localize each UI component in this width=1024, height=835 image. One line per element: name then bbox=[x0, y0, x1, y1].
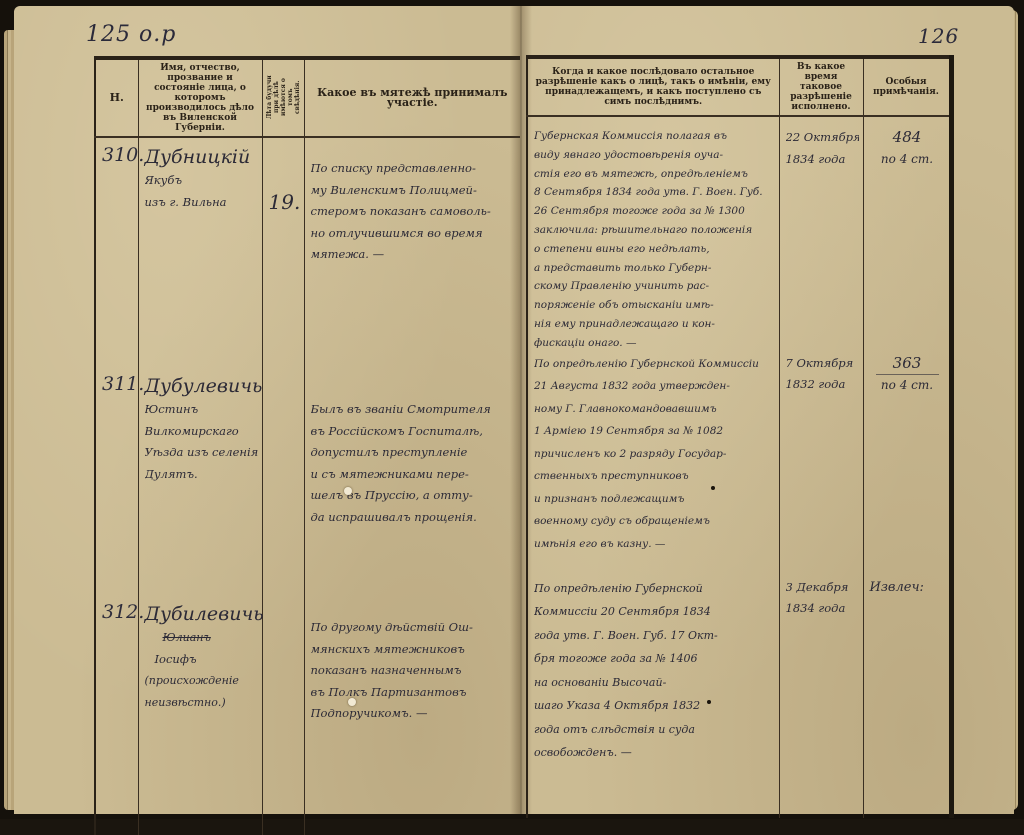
note-number: 484 bbox=[870, 127, 945, 149]
name-line: Іосифъ bbox=[145, 649, 258, 671]
ledger-row-312-resolution: По опредѣленію Губернской Коммиссіи 20 С… bbox=[527, 563, 951, 818]
text-line: 1 Арміею 19 Сентября за № 1082 bbox=[534, 420, 775, 443]
entry-notes: Извлеч: bbox=[863, 563, 951, 818]
header-executed: Въ какое время таковое разрѣшеніе исполн… bbox=[779, 57, 863, 116]
text-line: фискаціи онаго. — bbox=[534, 334, 775, 353]
entry-age: 19. bbox=[262, 137, 304, 367]
date-line: 1834 года bbox=[786, 598, 859, 620]
text-line: мятежа. — bbox=[311, 244, 517, 266]
ledger-row-310-resolution: Губернская Коммиссія полагая въ виду явн… bbox=[527, 116, 951, 353]
entry-notes: 484 по 4 ст. bbox=[863, 116, 951, 353]
right-folio-number: 126 bbox=[918, 24, 959, 48]
text-line: мянскихъ мятежниковъ bbox=[311, 639, 517, 661]
text-line: шаго Указа 4 Октября 1832 bbox=[534, 694, 775, 718]
text-line: года утв. Г. Воен. Губ. 17 Окт- bbox=[534, 624, 775, 648]
text-line: ственныхъ преступниковъ bbox=[534, 465, 775, 488]
date-line: 1832 года bbox=[786, 374, 859, 396]
text-line: показанъ назначеннымъ bbox=[311, 660, 517, 682]
entry-notes: 363 по 4 ст. bbox=[863, 353, 951, 563]
note-sub: по 4 ст. bbox=[876, 374, 939, 397]
entry-participation: Былъ въ званіи Смотрителя въ Россійскомъ… bbox=[304, 367, 520, 595]
text-line: но отлучившимся во время bbox=[311, 223, 517, 245]
entry-number: 310. bbox=[95, 137, 138, 367]
surname: Дубницкій bbox=[145, 144, 258, 170]
ledger-row-310: 310. Дубницкій Якубъ изъ г. Вильна 19. П… bbox=[95, 137, 520, 367]
name-line: (происхожденіе bbox=[145, 670, 258, 692]
text-line: Губернская Коммиссія полагая въ bbox=[534, 127, 775, 146]
book-spread: 125 о.р 126 Н. Имя, отчество, прозвание … bbox=[0, 0, 1024, 819]
left-header-row: Н. Имя, отчество, прозвание и состояніе … bbox=[95, 58, 520, 137]
header-resolution: Когда и какое послѣдовало остальное разр… bbox=[527, 57, 779, 116]
text-line: года отъ слѣдствія и суда bbox=[534, 718, 775, 742]
ledger-row-312: 312. Дубилевичь Юлианъ Іосифъ (происхожд… bbox=[95, 595, 520, 819]
text-line: о степени вины его недѣлать, bbox=[534, 240, 775, 259]
header-name: Имя, отчество, прозвание и состояніе лиц… bbox=[138, 58, 262, 137]
struck-name-line: Юлианъ bbox=[145, 627, 258, 649]
text-line: стія его въ мятежѣ, опредѣленіемъ bbox=[534, 165, 775, 184]
binding-hole bbox=[344, 487, 352, 495]
text-line: на основаніи Высочай- bbox=[534, 671, 775, 695]
text-line: По опредѣленію Губернской Коммиссіи bbox=[534, 353, 775, 376]
text-line: а представить только Губерн- bbox=[534, 259, 775, 278]
name-line: Якубъ bbox=[145, 170, 258, 192]
entry-name: Дубилевичь Юлианъ Іосифъ (происхожденіе … bbox=[138, 595, 262, 819]
entry-participation: По списку представленно- му Виленскимъ П… bbox=[304, 137, 520, 367]
entry-number: 312. bbox=[95, 595, 138, 819]
text-line: освобожденъ. — bbox=[534, 741, 775, 765]
text-line: По другому дѣйствій Ош- bbox=[311, 617, 517, 639]
text-line: Коммиссіи 20 Сентября 1834 bbox=[534, 600, 775, 624]
text-line: виду явнаго удостовѣренія оуча- bbox=[534, 146, 775, 165]
date-line: 1834 года bbox=[786, 149, 859, 171]
text-line: въ Полкъ Партизантовъ bbox=[311, 682, 517, 704]
note-number: 363 bbox=[870, 353, 945, 375]
right-header-row: Когда и какое послѣдовало остальное разр… bbox=[527, 57, 951, 116]
entry-name: Дубулевичь Юстинъ Вилкомирскаго Уѣзда из… bbox=[138, 367, 262, 595]
date-line: 3 Декабря bbox=[786, 577, 859, 599]
text-line: военному суду съ обращеніемъ bbox=[534, 510, 775, 533]
surname: Дубулевичь bbox=[145, 373, 258, 399]
text-line: ному Г. Главнокомандовавшимъ bbox=[534, 398, 775, 421]
ledger-row-311-resolution: По опредѣленію Губернской Коммиссіи 21 А… bbox=[527, 353, 951, 563]
name-line: Уѣзда изъ селенія bbox=[145, 442, 258, 464]
text-line: шелъ въ Пруссію, а отту- bbox=[311, 485, 517, 507]
text-line: и съ мятежниками пере- bbox=[311, 464, 517, 486]
name-line: изъ г. Вильна bbox=[145, 192, 258, 214]
note-number: Извлеч: bbox=[870, 577, 945, 599]
date-line: 7 Октября bbox=[786, 353, 859, 375]
text-line: 8 Сентября 1834 года утв. Г. Воен. Губ. bbox=[534, 183, 775, 202]
text-line: По списку представленно- bbox=[311, 158, 517, 180]
ink-stain bbox=[711, 486, 715, 490]
binding-hole bbox=[348, 698, 356, 706]
text-line: Подпоручикомъ. — bbox=[311, 703, 517, 725]
entry-executed-date: 3 Декабря 1834 года bbox=[779, 563, 863, 818]
entry-number: 311. bbox=[95, 367, 138, 595]
name-line: Вилкомирскаго bbox=[145, 421, 258, 443]
name-line: Юстинъ bbox=[145, 399, 258, 421]
date-line: 22 Октября bbox=[786, 127, 859, 149]
text-line: поряженіе объ отысканіи имѣ- bbox=[534, 296, 775, 315]
text-line: бря тогоже года за № 1406 bbox=[534, 647, 775, 671]
text-line: скому Правленію учинить рас- bbox=[534, 277, 775, 296]
header-notes: Особыя примѣчанія. bbox=[863, 57, 951, 116]
text-line: заключила: рѣшительнаго положенія bbox=[534, 221, 775, 240]
entry-resolution: Губернская Коммиссія полагая въ виду явн… bbox=[527, 116, 779, 353]
header-participation: Какое въ мятежѣ принималъ участіе. bbox=[304, 58, 520, 137]
text-line: нія ему принадлежащаго и кон- bbox=[534, 315, 775, 334]
text-line: въ Россійскомъ Госпиталѣ, bbox=[311, 421, 517, 443]
ledger-row-311: 311. Дубулевичь Юстинъ Вилкомирскаго Уѣз… bbox=[95, 367, 520, 595]
entry-executed-date: 22 Октября 1834 года bbox=[779, 116, 863, 353]
entry-executed-date: 7 Октября 1832 года bbox=[779, 353, 863, 563]
name-line: неизвѣстно.) bbox=[145, 692, 258, 714]
text-line: причисленъ ко 2 разряду Государ- bbox=[534, 443, 775, 466]
entry-age bbox=[262, 595, 304, 819]
entry-resolution: По опредѣленію Губернской Коммиссіи 20 С… bbox=[527, 563, 779, 818]
right-ledger-table: Когда и какое послѣдовало остальное разр… bbox=[526, 55, 954, 818]
text-line: Былъ въ званіи Смотрителя bbox=[311, 399, 517, 421]
text-line: стеромъ показанъ самоволь- bbox=[311, 201, 517, 223]
ink-stain bbox=[707, 700, 711, 704]
surname: Дубилевичь bbox=[145, 601, 258, 627]
text-line: и признанъ подлежащимъ bbox=[534, 488, 775, 511]
text-line: имѣнія его въ казну. — bbox=[534, 533, 775, 556]
text-line: 21 Августа 1832 года утвержден- bbox=[534, 375, 775, 398]
text-line: По опредѣленію Губернской bbox=[534, 577, 775, 601]
entry-age bbox=[262, 367, 304, 595]
entry-resolution: По опредѣленію Губернской Коммиссіи 21 А… bbox=[527, 353, 779, 563]
header-number: Н. bbox=[95, 58, 138, 137]
entry-name: Дубницкій Якубъ изъ г. Вильна bbox=[138, 137, 262, 367]
text-line: му Виленскимъ Полицмей- bbox=[311, 180, 517, 202]
entry-participation: По другому дѣйствій Ош- мянскихъ мятежни… bbox=[304, 595, 520, 819]
left-folio-note: 125 о.р bbox=[86, 22, 176, 47]
note-sub: по 4 ст. bbox=[876, 149, 939, 171]
text-line: да испрашивалъ прощенія. bbox=[311, 507, 517, 529]
text-line: 26 Сентября тогоже года за № 1300 bbox=[534, 202, 775, 221]
text-line: допустилъ преступленіе bbox=[311, 442, 517, 464]
name-line: Дулятъ. bbox=[145, 464, 258, 486]
left-ledger-table: Н. Имя, отчество, прозвание и состояніе … bbox=[94, 56, 520, 819]
header-age: Лѣта будучи при дѣлѣ имѣются о томъ свѣд… bbox=[262, 58, 304, 137]
